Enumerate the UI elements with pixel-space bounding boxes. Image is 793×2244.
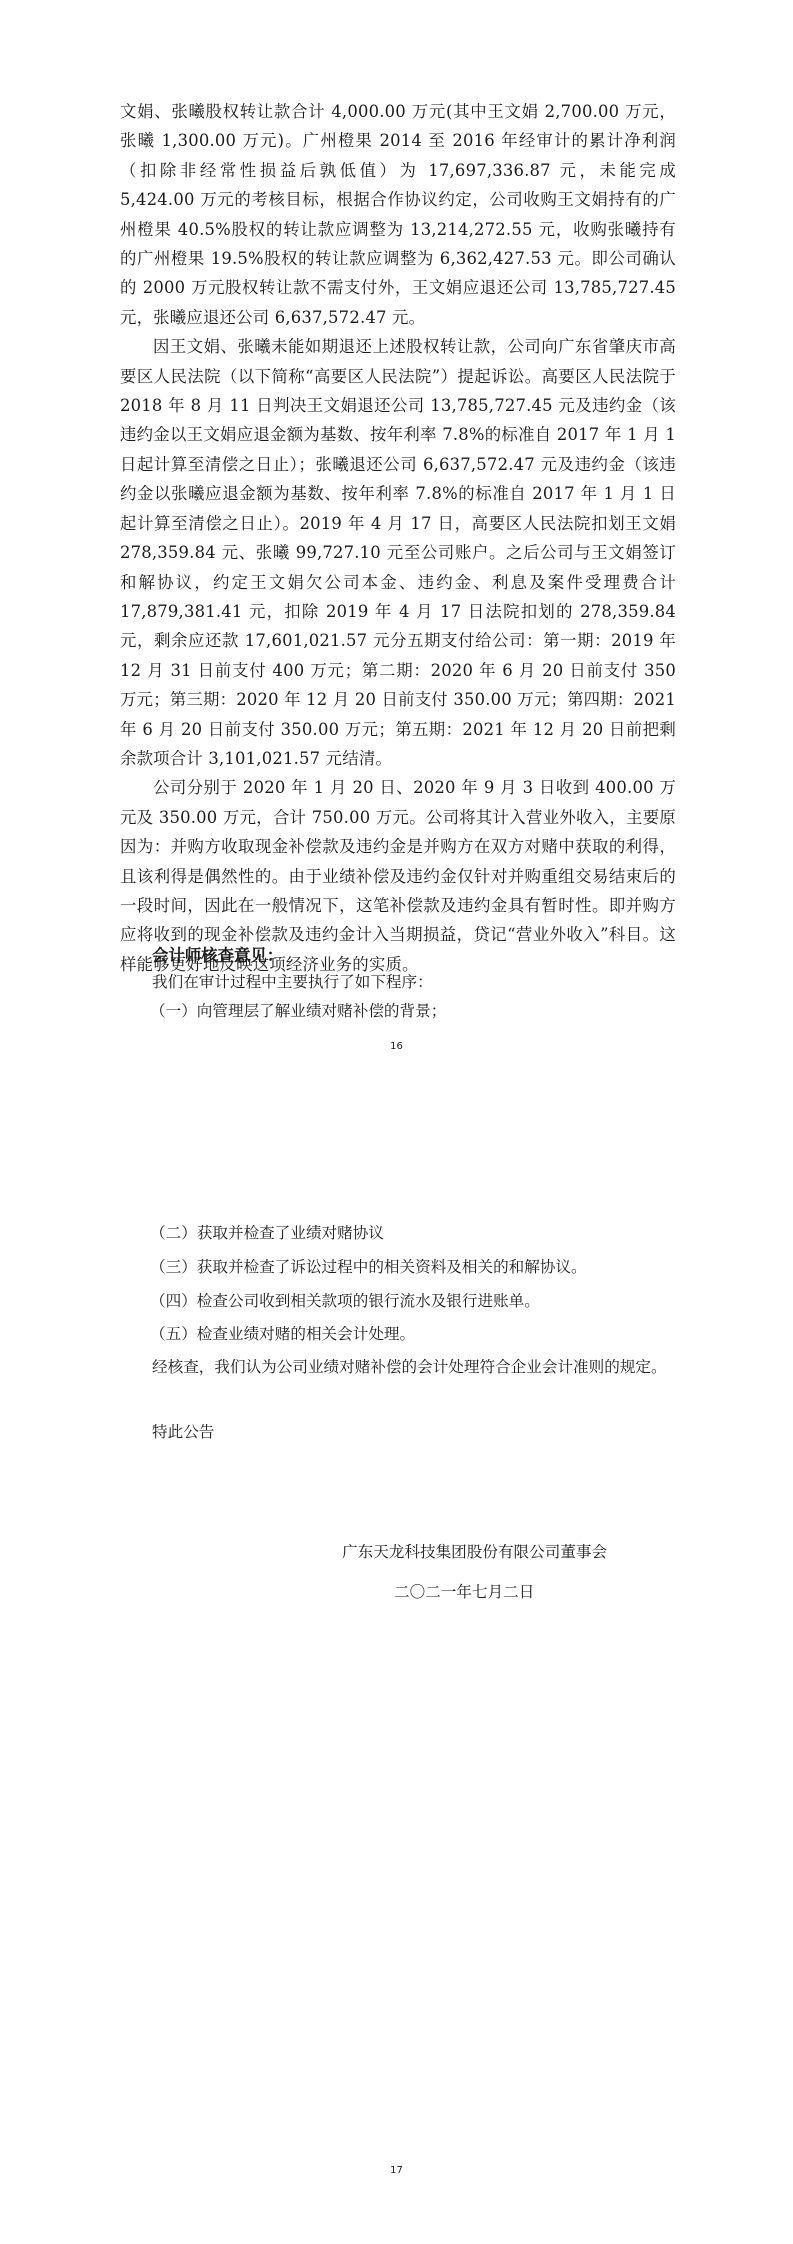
auditor-opinion-heading: 会计师核查意见： xyxy=(152,942,283,966)
page-number: 17 xyxy=(0,2165,793,2176)
signature-date: 二〇二一年七月二日 xyxy=(394,1580,534,1602)
procedure-item-3: （三）获取并检查了诉讼过程中的相关资料及相关的和解协议。 xyxy=(150,1255,587,1277)
closing-statement: 特此公告 xyxy=(152,1420,214,1442)
procedure-item-5: （五）检查业绩对赌的相关会计处理。 xyxy=(150,1322,415,1344)
procedure-item-2: （二）获取并检查了业绩对赌协议 xyxy=(150,1221,384,1243)
body-text: 文娟、张曦股权转让款合计 4,000.00 万元(其中王文娟 2,700.00 … xyxy=(120,97,676,979)
paragraph-litigation: 因王文娟、张曦未能如期退还上述股权转让款，公司向广东省肇庆市高要区人民法院（以下… xyxy=(120,332,676,773)
paragraph-equity-transfer: 文娟、张曦股权转让款合计 4,000.00 万元(其中王文娟 2,700.00 … xyxy=(120,97,676,332)
page-number: 16 xyxy=(0,1041,793,1052)
signatory: 广东天龙科技集团股份有限公司董事会 xyxy=(342,1540,607,1562)
audit-conclusion: 经核查，我们认为公司业绩对赌补偿的会计处理符合企业会计准则的规定。 xyxy=(152,1355,667,1377)
procedure-item-4: （四）检查公司收到相关款项的银行流水及银行进账单。 xyxy=(150,1289,540,1311)
audit-intro: 我们在审计过程中主要执行了如下程序： xyxy=(152,970,433,992)
procedure-item-1: （一）向管理层了解业绩对赌补偿的背景； xyxy=(150,999,446,1021)
